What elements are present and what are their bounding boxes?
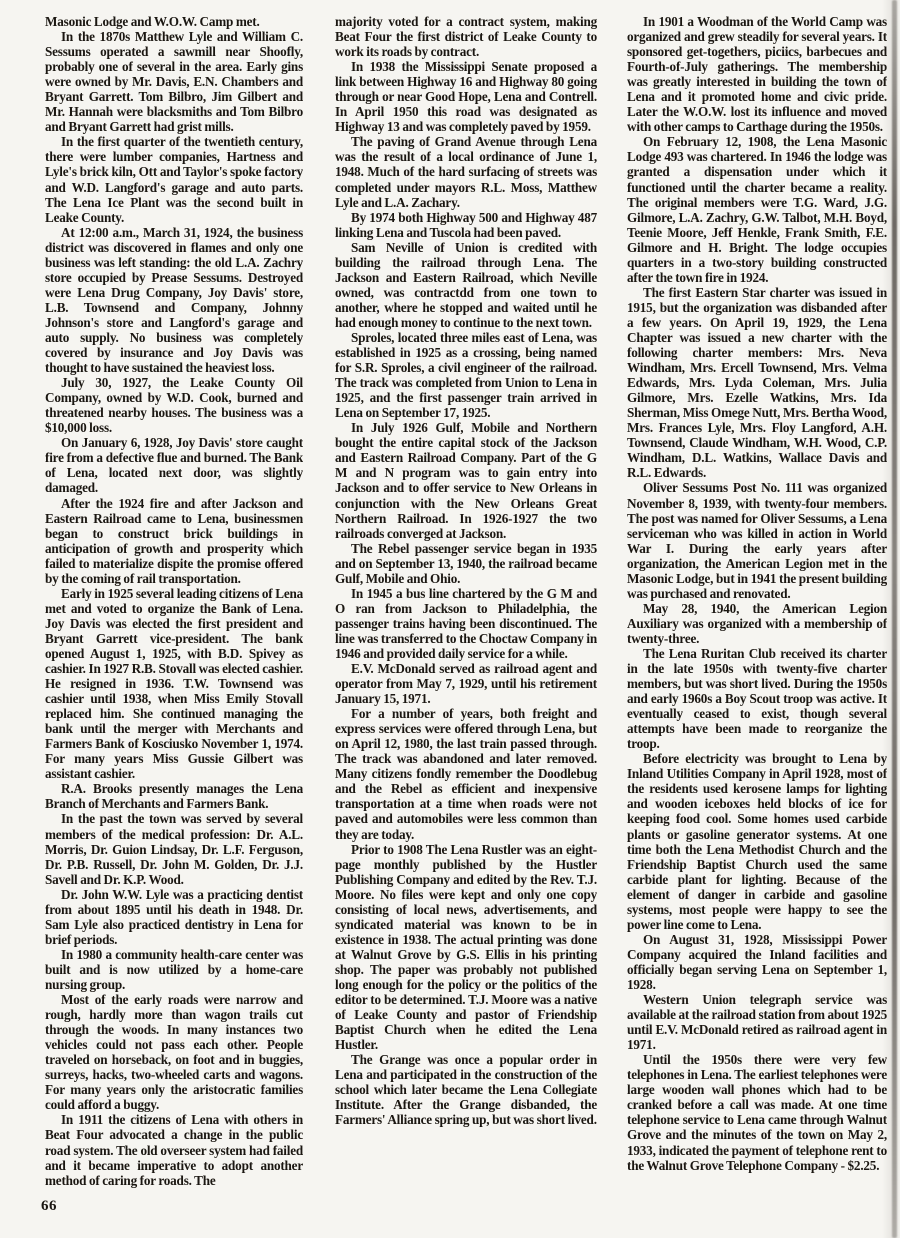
paragraph: Before electricity was brought to Lena b… bbox=[627, 751, 887, 932]
text-column-left: Masonic Lodge and W.O.W. Camp met.In the… bbox=[45, 14, 303, 1210]
paragraph: The Grange was once a popular order in L… bbox=[335, 1052, 597, 1127]
paragraph: Dr. John W.W. Lyle was a practicing dent… bbox=[45, 887, 303, 947]
paragraph: The Lena Ruritan Club received its chart… bbox=[627, 646, 887, 751]
paragraph: July 30, 1927, the Leake County Oil Comp… bbox=[45, 375, 303, 435]
paragraph: Until the 1950s there were very few tele… bbox=[627, 1052, 887, 1172]
paragraph: In 1938 the Mississippi Senate proposed … bbox=[335, 59, 597, 134]
paragraph: In 1945 a bus line chartered by the G M … bbox=[335, 586, 597, 661]
paragraph: In July 1926 Gulf, Mobile and Northern b… bbox=[335, 420, 597, 540]
paragraph: Masonic Lodge and W.O.W. Camp met. bbox=[45, 14, 303, 29]
paragraph: Western Union telegraph service was avai… bbox=[627, 992, 887, 1052]
paragraph: The paving of Grand Avenue through Lena … bbox=[335, 134, 597, 209]
paragraph: E.V. McDonald served as railroad agent a… bbox=[335, 661, 597, 706]
paragraph: The Rebel passenger service began in 193… bbox=[335, 541, 597, 586]
scan-edge-artifact bbox=[892, 0, 897, 1238]
paragraph: Most of the early roads were narrow and … bbox=[45, 992, 303, 1112]
paragraph: Oliver Sessums Post No. 111 was organize… bbox=[627, 480, 887, 600]
paragraph: Prior to 1908 The Lena Rustler was an ei… bbox=[335, 842, 597, 1053]
paragraph: Sam Neville of Union is credited with bu… bbox=[335, 240, 597, 330]
paragraph: In 1901 a Woodman of the World Camp was … bbox=[627, 14, 887, 134]
text-column-middle: majority voted for a contract system, ma… bbox=[335, 14, 597, 1210]
paragraph: R.A. Brooks presently manages the Lena B… bbox=[45, 781, 303, 811]
paragraph: At 12:00 a.m., March 31, 1924, the busin… bbox=[45, 225, 303, 375]
paragraph: In the first quarter of the twentieth ce… bbox=[45, 134, 303, 224]
paragraph: May 28, 1940, the American Legion Auxili… bbox=[627, 601, 887, 646]
paragraph: On January 6, 1928, Joy Davis' store cau… bbox=[45, 435, 303, 495]
paragraph: In 1911 the citizens of Lena with others… bbox=[45, 1112, 303, 1187]
text-column-right: In 1901 a Woodman of the World Camp was … bbox=[627, 14, 887, 1210]
page-number: 66 bbox=[41, 1198, 57, 1215]
text-columns: Masonic Lodge and W.O.W. Camp met.In the… bbox=[45, 14, 887, 1210]
scan-gutter-shadow bbox=[882, 0, 900, 1238]
paragraph: In the 1870s Matthew Lyle and William C.… bbox=[45, 29, 303, 134]
paragraph: In the past the town was served by sever… bbox=[45, 811, 303, 886]
paragraph: For a number of years, both freight and … bbox=[335, 706, 597, 841]
paragraph: On August 31, 1928, Mississippi Power Co… bbox=[627, 932, 887, 992]
paragraph: After the 1924 fire and after Jackson an… bbox=[45, 496, 303, 586]
book-page: Masonic Lodge and W.O.W. Camp met.In the… bbox=[0, 0, 900, 1238]
paragraph: By 1974 both Highway 500 and Highway 487… bbox=[335, 210, 597, 240]
paragraph: The first Eastern Star charter was issue… bbox=[627, 285, 887, 481]
paragraph: On February 12, 1908, the Lena Masonic L… bbox=[627, 134, 887, 284]
paragraph: majority voted for a contract system, ma… bbox=[335, 14, 597, 59]
paragraph: Sproles, located three miles east of Len… bbox=[335, 330, 597, 420]
paragraph: Early in 1925 several leading citizens o… bbox=[45, 586, 303, 782]
paragraph: In 1980 a community health-care center w… bbox=[45, 947, 303, 992]
